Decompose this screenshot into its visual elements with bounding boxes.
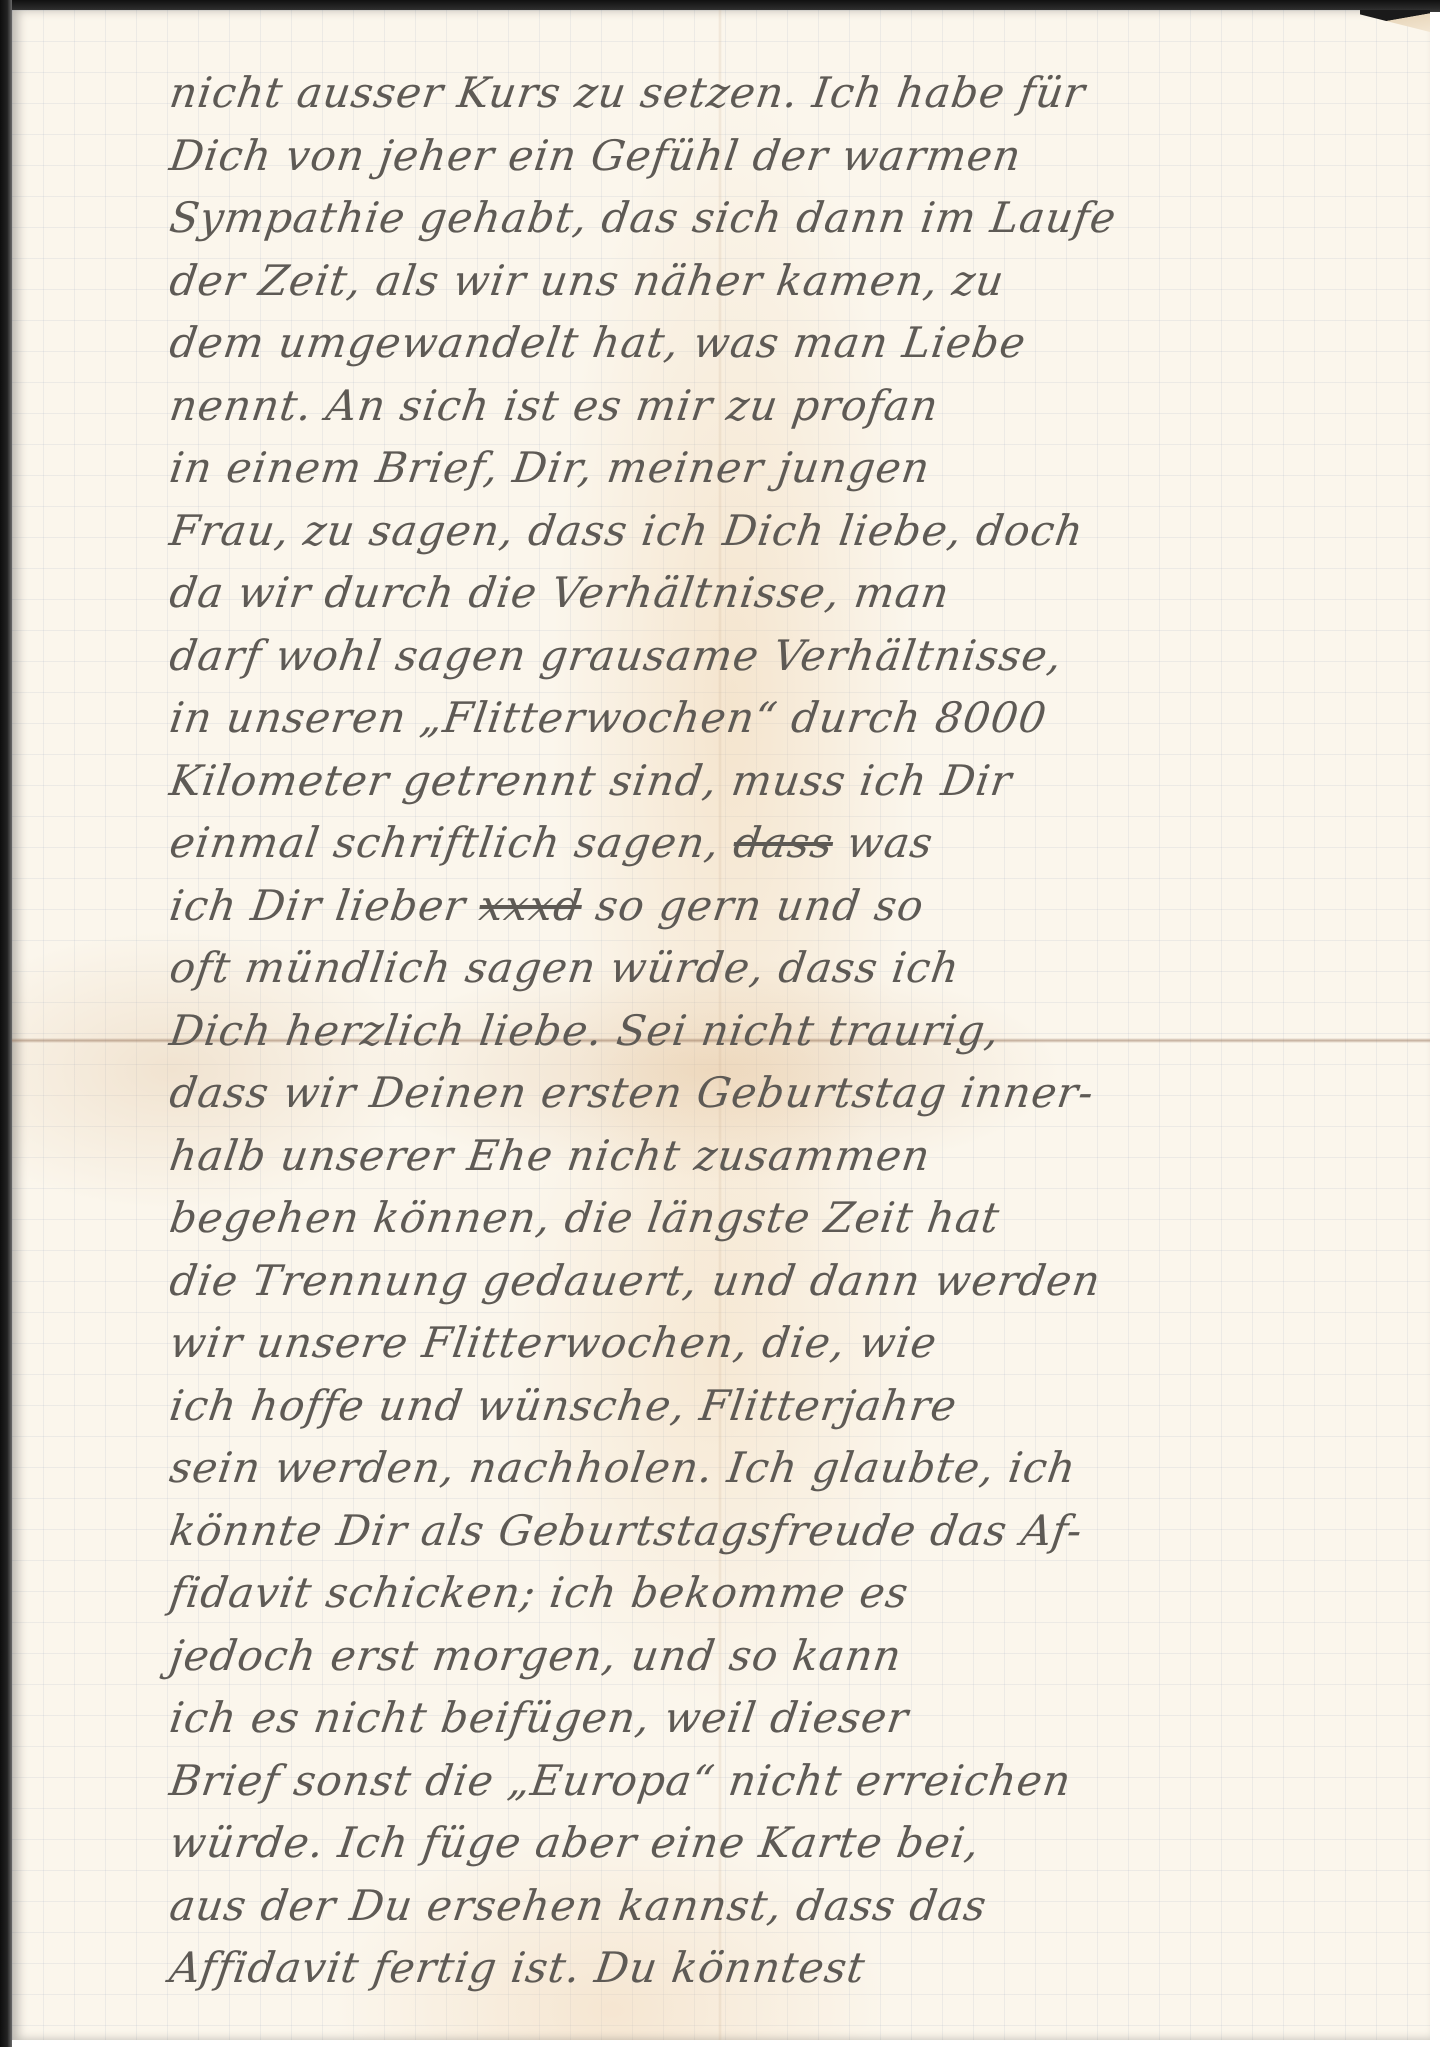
text-line: einmal schriftlich sagen, dass was <box>166 812 1425 875</box>
text-line: ich hoffe und wünsche, Flitterjahre <box>166 1375 1425 1438</box>
text-line: ich es nicht beifügen, weil dieser <box>166 1687 1425 1750</box>
struck-word: dass <box>731 818 837 867</box>
text-line: in unseren „Flitterwochen“ durch 8000 <box>166 687 1425 750</box>
text-line: sein werden, nachholen. Ich glaubte, ich <box>166 1437 1425 1500</box>
text-line: dass wir Deinen ersten Geburtstag inner- <box>166 1062 1425 1125</box>
text-line: da wir durch die Verhältnisse, man <box>166 562 1425 625</box>
text-line: nicht ausser Kurs zu setzen. Ich habe fü… <box>166 62 1425 125</box>
text-line: nennt. An sich ist es mir zu profan <box>166 375 1425 438</box>
text-line: Affidavit fertig ist. Du könntest <box>166 1937 1425 2000</box>
text-line: könnte Dir als Geburtstagsfreude das Af- <box>166 1500 1425 1563</box>
text-line: der Zeit, als wir uns näher kamen, zu <box>166 250 1425 313</box>
text-line: aus der Du ersehen kannst, dass das <box>166 1875 1425 1938</box>
text-line: in einem Brief, Dir, meiner jungen <box>166 437 1425 500</box>
text-line: jedoch erst morgen, und so kann <box>166 1625 1425 1688</box>
text-line: Dich von jeher ein Gefühl der warmen <box>166 125 1425 188</box>
text-line: würde. Ich füge aber eine Karte bei, <box>166 1812 1425 1875</box>
handwritten-text-body: nicht ausser Kurs zu setzen. Ich habe fü… <box>170 62 1420 2000</box>
text-line: Kilometer getrennt sind, muss ich Dir <box>166 750 1425 813</box>
text-line: Frau, zu sagen, dass ich Dich liebe, doc… <box>166 500 1425 563</box>
text-line: Brief sonst die „Europa“ nicht erreichen <box>166 1750 1425 1813</box>
text-line: begehen können, die längste Zeit hat <box>166 1187 1425 1250</box>
text-line: darf wohl sagen grausame Verhältnisse, <box>166 625 1425 688</box>
text-line: wir unsere Flitterwochen, die, wie <box>166 1312 1425 1375</box>
text-line: Sympathie gehabt, das sich dann im Laufe <box>166 187 1425 250</box>
struck-word: xxxd <box>476 881 585 930</box>
scan-left-border <box>0 0 12 2047</box>
text-line: ich Dir lieber xxxd so gern und so <box>166 875 1425 938</box>
text-line: Dich herzlich liebe. Sei nicht traurig, <box>166 1000 1425 1063</box>
text-line: oft mündlich sagen würde, dass ich <box>166 937 1425 1000</box>
text-line: dem umgewandelt hat, was man Liebe <box>166 312 1425 375</box>
text-line: fidavit schicken; ich bekomme es <box>166 1562 1425 1625</box>
text-line: die Trennung gedauert, und dann werden <box>166 1250 1425 1313</box>
text-line: halb unserer Ehe nicht zusammen <box>166 1125 1425 1188</box>
